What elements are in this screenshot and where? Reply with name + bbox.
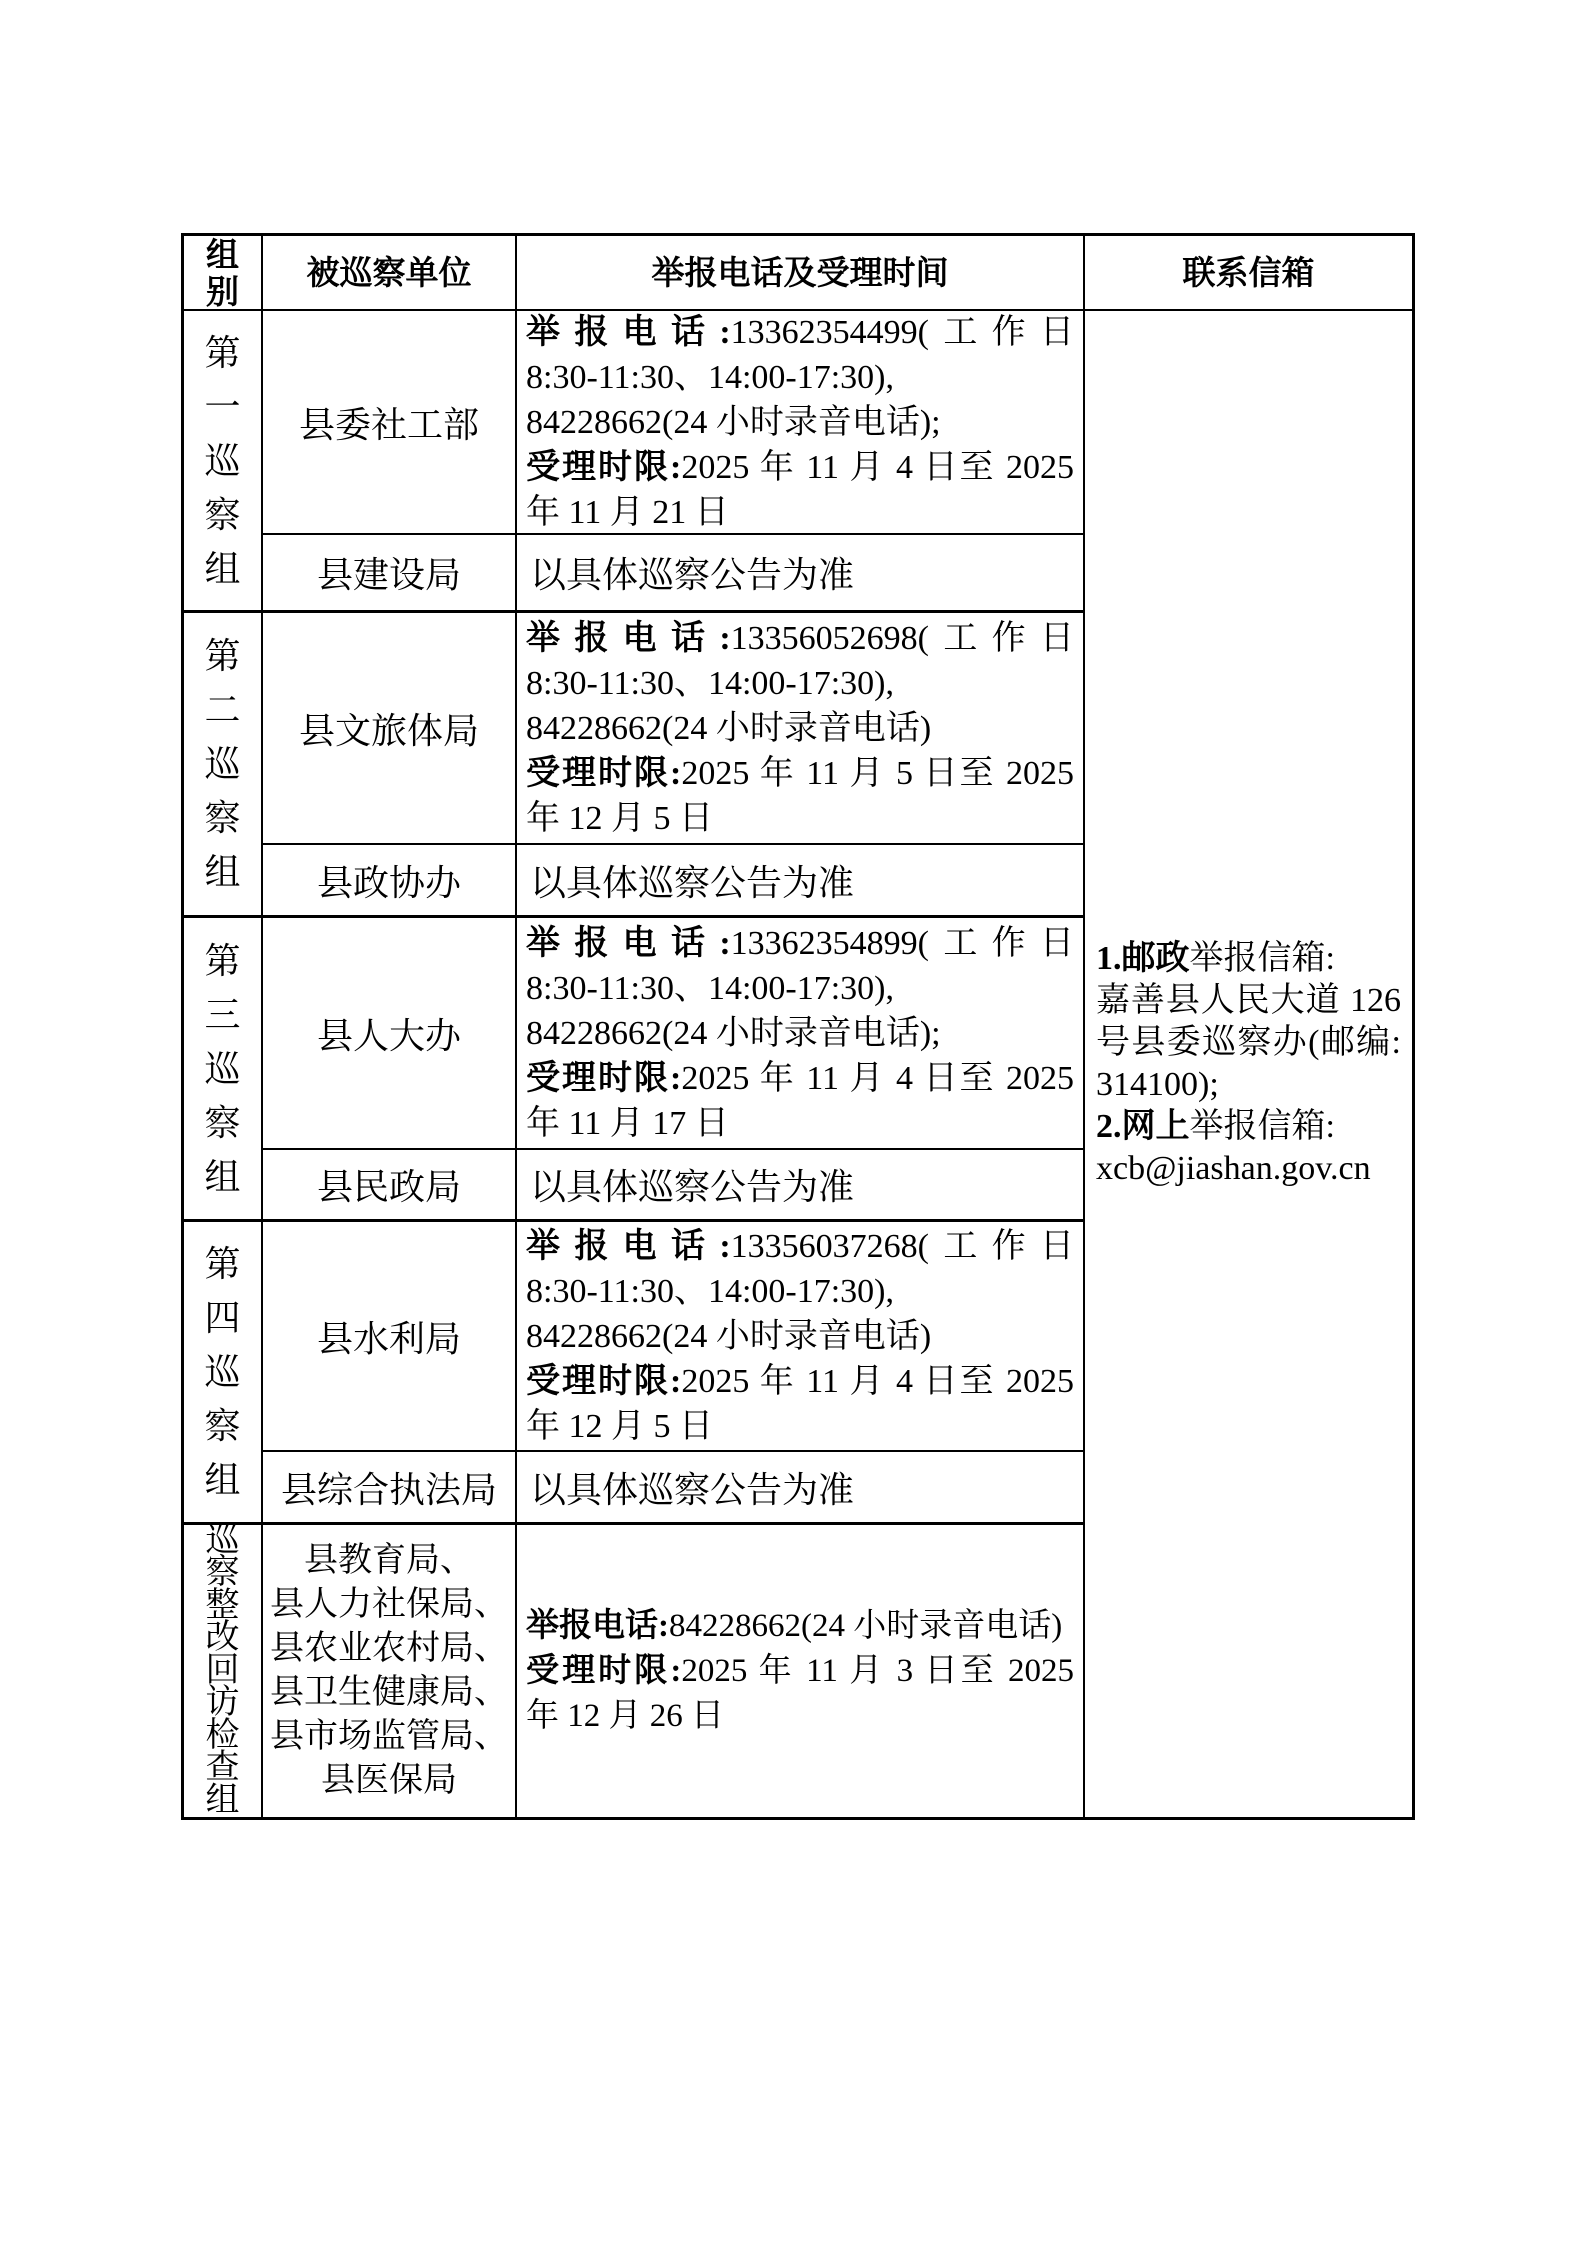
mailbox-label: 1.邮政 bbox=[1096, 940, 1190, 977]
mailbox-address: 嘉善县人民大道 126 bbox=[1096, 982, 1401, 1019]
deadline-label: 受理时限: bbox=[526, 449, 681, 486]
deadline-text: 年 11 月 21 日 bbox=[526, 494, 729, 531]
phone-label: 举报电话: bbox=[526, 620, 731, 657]
header-cell-group: 组别 bbox=[184, 236, 263, 311]
unit-cell-2a: 县文旅体局 bbox=[263, 613, 517, 845]
header-cell-mail: 联系信箱 bbox=[1085, 236, 1412, 311]
deadline-text: 年 12 月 5 日 bbox=[526, 800, 713, 837]
deadline-text: 2025 年 11 月 3 日至 2025 bbox=[681, 1653, 1074, 1689]
phone-line: 8:30-11:30、14:00-17:30), bbox=[526, 661, 1074, 706]
mailbox-line: 1.邮政举报信箱: bbox=[1096, 938, 1401, 980]
deadline-label: 受理时限: bbox=[526, 1060, 681, 1097]
phone-line: 年 12 月 26 日 bbox=[526, 1694, 1074, 1739]
notice-text: 以具体巡察公告为准 bbox=[530, 547, 1083, 598]
header-cell-unit: 被巡察单位 bbox=[263, 236, 517, 311]
phone-label: 举报电话: bbox=[526, 925, 731, 962]
unit-5-line-4: 县卫生健康局、 bbox=[270, 1671, 508, 1715]
phone-text: 13356037268(工作日 bbox=[731, 1228, 1074, 1265]
unit-cell-4b: 县综合执法局 bbox=[263, 1452, 517, 1525]
phone-line: 受理时限:2025 年 11 月 5 日至 2025 bbox=[526, 751, 1074, 796]
deadline-label: 受理时限: bbox=[526, 755, 681, 792]
phone-line: 举报电话:13356052698(工作日 bbox=[526, 616, 1074, 661]
group-3-text: 第三巡察组 bbox=[203, 934, 243, 1204]
header-mail-label: 联系信箱 bbox=[1183, 254, 1315, 291]
unit-5-line-5: 县市场监管局、 bbox=[270, 1715, 508, 1759]
phone-text: 13362354899(工作日 bbox=[731, 925, 1074, 962]
group-label-2: 第二巡察组 bbox=[184, 613, 263, 918]
unit-2b-text: 县政协办 bbox=[317, 855, 461, 906]
phone-line: 举报电话:13362354899(工作日 bbox=[526, 921, 1074, 966]
unit-cell-4a: 县水利局 bbox=[263, 1222, 517, 1452]
deadline-label: 受理时限: bbox=[526, 1653, 681, 1689]
notice-cell-1b: 以具体巡察公告为准 bbox=[517, 535, 1085, 613]
unit-cell-5: 县教育局、 县人力社保局、 县农业农村局、 县卫生健康局、 县市场监管局、 县医… bbox=[263, 1525, 517, 1817]
phone-text: 84228662(24 小时录音电话) bbox=[526, 1318, 931, 1355]
phone-text: 8:30-11:30、14:00-17:30), bbox=[526, 1273, 894, 1310]
phone-text: 84228662(24 小时录音电话); bbox=[526, 404, 941, 441]
deadline-text: 2025 年 11 月 4 日至 2025 bbox=[681, 449, 1074, 486]
phone-line: 8:30-11:30、14:00-17:30), bbox=[526, 355, 1074, 400]
group-4-text: 第四巡察组 bbox=[203, 1237, 243, 1507]
unit-5-line-3: 县农业农村局、 bbox=[270, 1627, 508, 1671]
notice-text: 以具体巡察公告为准 bbox=[530, 1159, 1083, 1210]
phone-cell-5: 举报电话:84228662(24 小时录音电话) 受理时限:2025 年 11 … bbox=[517, 1525, 1085, 1817]
group-5-text: 巡察整改回访检查组 bbox=[203, 1525, 243, 1817]
deadline-label: 受理时限: bbox=[526, 1363, 681, 1400]
header-cell-phone: 举报电话及受理时间 bbox=[517, 236, 1085, 311]
unit-cell-2b: 县政协办 bbox=[263, 845, 517, 918]
deadline-text: 年 11 月 17 日 bbox=[526, 1105, 729, 1142]
deadline-text: 2025 年 11 月 5 日至 2025 bbox=[681, 755, 1074, 792]
deadline-text: 年 12 月 5 日 bbox=[526, 1408, 713, 1445]
phone-text: 84228662(24 小时录音电话) bbox=[526, 710, 931, 747]
phone-cell-3a: 举报电话:13362354899(工作日 8:30-11:30、14:00-17… bbox=[517, 918, 1085, 1150]
phone-cell-1a: 举报电话:13362354499(工作日 8:30-11:30、14:00-17… bbox=[517, 311, 1085, 535]
mailbox-address: 号县委巡察办(邮编: bbox=[1096, 1024, 1401, 1061]
unit-1b-text: 县建设局 bbox=[317, 547, 461, 598]
header-group-label: 组别 bbox=[204, 236, 242, 310]
mailbox-postcode: 314100); bbox=[1096, 1066, 1219, 1103]
mailbox-cell: 1.邮政举报信箱: 嘉善县人民大道 126 号县委巡察办(邮编: 314100)… bbox=[1085, 311, 1412, 1817]
mailbox-text: 举报信箱: bbox=[1190, 1108, 1335, 1145]
notice-cell-3b: 以具体巡察公告为准 bbox=[517, 1150, 1085, 1222]
unit-cell-1a: 县委社工部 bbox=[263, 311, 517, 535]
phone-line: 受理时限:2025 年 11 月 4 日至 2025 bbox=[526, 1056, 1074, 1101]
phone-text: 84228662(24 小时录音电话); bbox=[526, 1015, 941, 1052]
unit-5-line-1: 县教育局、 bbox=[304, 1539, 474, 1583]
unit-cell-3b: 县民政局 bbox=[263, 1150, 517, 1222]
phone-text: 8:30-11:30、14:00-17:30), bbox=[526, 359, 894, 396]
unit-2a-text: 县文旅体局 bbox=[299, 703, 479, 754]
header-phone-label: 举报电话及受理时间 bbox=[652, 254, 949, 291]
document-page: 组别 被巡察单位 举报电话及受理时间 联系信箱 第一巡察组 第二巡察组 第三巡察… bbox=[0, 0, 1588, 2244]
phone-label: 举报电话: bbox=[526, 1608, 669, 1644]
phone-text: 84228662(24 小时录音电话) bbox=[669, 1608, 1062, 1644]
deadline-text: 2025 年 11 月 4 日至 2025 bbox=[681, 1363, 1074, 1400]
header-unit-label: 被巡察单位 bbox=[307, 254, 472, 291]
phone-line: 84228662(24 小时录音电话); bbox=[526, 1011, 1074, 1056]
notice-cell-2b: 以具体巡察公告为准 bbox=[517, 845, 1085, 918]
unit-3b-text: 县民政局 bbox=[317, 1159, 461, 1210]
phone-line: 举报电话:13356037268(工作日 bbox=[526, 1224, 1074, 1269]
phone-cell-4a: 举报电话:13356037268(工作日 8:30-11:30、14:00-17… bbox=[517, 1222, 1085, 1452]
phone-line: 受理时限:2025 年 11 月 4 日至 2025 bbox=[526, 445, 1074, 490]
unit-cell-3a: 县人大办 bbox=[263, 918, 517, 1150]
deadline-text: 年 12 月 26 日 bbox=[526, 1698, 724, 1734]
mailbox-line: xcb@jiashan.gov.cn bbox=[1096, 1148, 1401, 1190]
phone-line: 8:30-11:30、14:00-17:30), bbox=[526, 1269, 1074, 1314]
phone-line: 84228662(24 小时录音电话); bbox=[526, 400, 1074, 445]
group-label-4: 第四巡察组 bbox=[184, 1222, 263, 1525]
phone-text: 8:30-11:30、14:00-17:30), bbox=[526, 970, 894, 1007]
mailbox-email: xcb@jiashan.gov.cn bbox=[1096, 1150, 1371, 1187]
phone-line: 年 11 月 21 日 bbox=[526, 490, 1074, 535]
phone-line: 84228662(24 小时录音电话) bbox=[526, 1314, 1074, 1359]
group-label-5: 巡察整改回访检查组 bbox=[184, 1525, 263, 1817]
mailbox-line: 号县委巡察办(邮编: bbox=[1096, 1022, 1401, 1064]
unit-4a-text: 县水利局 bbox=[317, 1311, 461, 1362]
phone-line: 举报电话:13362354499(工作日 bbox=[526, 311, 1074, 355]
group-2-text: 第二巡察组 bbox=[203, 629, 243, 899]
phone-label: 举报电话: bbox=[526, 314, 731, 351]
group-label-3: 第三巡察组 bbox=[184, 918, 263, 1222]
group-label-1: 第一巡察组 bbox=[184, 311, 263, 613]
phone-text: 8:30-11:30、14:00-17:30), bbox=[526, 665, 894, 702]
mailbox-text: 举报信箱: bbox=[1190, 940, 1335, 977]
phone-line: 受理时限:2025 年 11 月 3 日至 2025 bbox=[526, 1649, 1074, 1694]
phone-line: 8:30-11:30、14:00-17:30), bbox=[526, 966, 1074, 1011]
unit-5-line-6: 县医保局 bbox=[321, 1759, 457, 1803]
unit-3a-text: 县人大办 bbox=[317, 1008, 461, 1059]
unit-1a-text: 县委社工部 bbox=[299, 397, 479, 448]
phone-cell-2a: 举报电话:13356052698(工作日 8:30-11:30、14:00-17… bbox=[517, 613, 1085, 845]
notice-text: 以具体巡察公告为准 bbox=[530, 855, 1083, 906]
phone-line: 84228662(24 小时录音电话) bbox=[526, 706, 1074, 751]
notice-cell-4b: 以具体巡察公告为准 bbox=[517, 1452, 1085, 1525]
deadline-text: 2025 年 11 月 4 日至 2025 bbox=[681, 1060, 1074, 1097]
phone-label: 举报电话: bbox=[526, 1228, 731, 1265]
phone-line: 年 12 月 5 日 bbox=[526, 1404, 1074, 1449]
group-1-text: 第一巡察组 bbox=[203, 326, 243, 596]
phone-text: 13362354499(工作日 bbox=[731, 314, 1074, 351]
phone-line: 年 12 月 5 日 bbox=[526, 796, 1074, 841]
notice-text: 以具体巡察公告为准 bbox=[530, 1462, 1083, 1513]
phone-line: 举报电话:84228662(24 小时录音电话) bbox=[526, 1604, 1074, 1649]
mailbox-line: 314100); bbox=[1096, 1064, 1401, 1106]
unit-5-line-2: 县人力社保局、 bbox=[270, 1583, 508, 1627]
mailbox-line: 嘉善县人民大道 126 bbox=[1096, 980, 1401, 1022]
mailbox-label: 2.网上 bbox=[1096, 1108, 1190, 1145]
unit-4b-text: 县综合执法局 bbox=[281, 1462, 497, 1513]
unit-cell-1b: 县建设局 bbox=[263, 535, 517, 613]
mailbox-line: 2.网上举报信箱: bbox=[1096, 1106, 1401, 1148]
phone-line: 受理时限:2025 年 11 月 4 日至 2025 bbox=[526, 1359, 1074, 1404]
inspection-hotline-table: 组别 被巡察单位 举报电话及受理时间 联系信箱 第一巡察组 第二巡察组 第三巡察… bbox=[181, 233, 1415, 1820]
phone-line: 年 11 月 17 日 bbox=[526, 1101, 1074, 1146]
phone-text: 13356052698(工作日 bbox=[731, 620, 1074, 657]
